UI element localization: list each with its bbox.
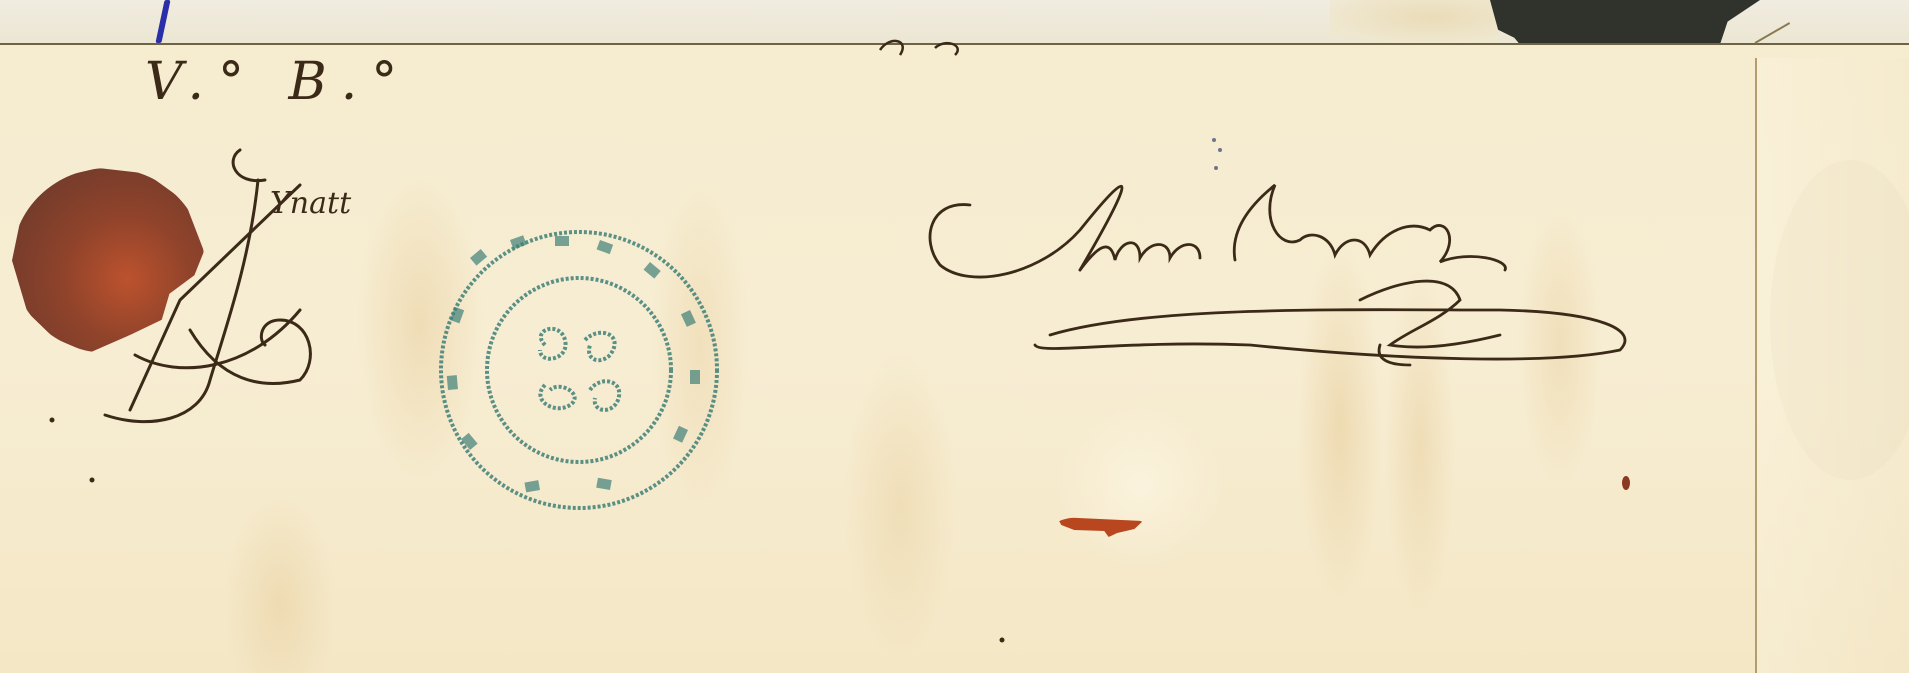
wax-spot [1622, 476, 1630, 490]
visto-bueno-annotation: V.° B.° [145, 52, 411, 112]
letter-paper [0, 43, 1909, 673]
ink-stain [1330, 0, 1500, 44]
handwritten-word: Ynatt [270, 186, 351, 221]
envelope-flap [1755, 58, 1909, 673]
